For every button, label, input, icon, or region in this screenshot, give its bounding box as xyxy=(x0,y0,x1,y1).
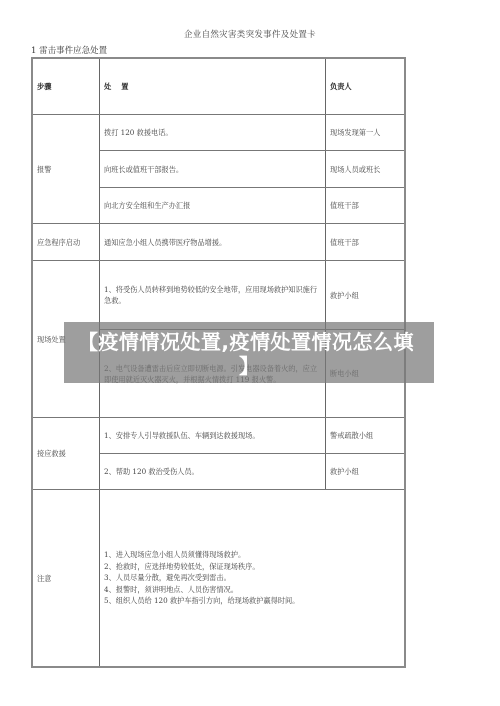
title-overlay-banner: 【疫情情况处置,疫情处置情况怎么填 】 xyxy=(64,322,434,383)
action-cell: 通知应急小组人员携带医疗物品增援。 xyxy=(100,224,325,260)
notes-list: 1、进入现场应急小组人员须懂得现场救护。 2、抢救时，应选择地势较低处，保证现场… xyxy=(104,549,299,607)
owner-cell: 值班干部 xyxy=(326,224,404,260)
note-item: 4、报警时，须讲明地点、人员伤害情况。 xyxy=(104,584,299,596)
overlay-title-line1: 【疫情情况处置,疫情处置情况怎么填 xyxy=(64,326,434,355)
overlay-title-line2: 】 xyxy=(64,355,434,377)
action-cell: 1、安排专人引导救援队伍、车辆到达救援现场。 xyxy=(100,418,325,453)
action-cell: 向北方安全组和生产办汇报 xyxy=(100,188,325,223)
owner-cell: 现场发现第一人 xyxy=(326,115,404,150)
action-cell: 1、将受伤人员转移到地势较低的安全地带，应用现场救护知识施行急救。 xyxy=(100,261,325,329)
action-cell: 2、帮助 120 救治受伤人员。 xyxy=(100,454,325,489)
owner-cell: 现场人员或班长 xyxy=(326,151,404,187)
notes-cell: 1、进入现场应急小组人员须懂得现场救护。 2、抢救时，应选择地势较低处，保证现场… xyxy=(100,490,404,666)
owner-cell: 警戒疏散小组 xyxy=(326,418,404,453)
note-item: 5、组织人员给 120 救护车指引方向，给现场救护赢得时间。 xyxy=(104,595,299,607)
owner-cell: 救护小组 xyxy=(326,261,404,329)
owner-cell: 值班干部 xyxy=(326,188,404,223)
header-owner: 负责人 xyxy=(326,59,404,114)
owner-cell: 救护小组 xyxy=(326,454,404,489)
document-title: 企业自然灾害类突发事件及处置卡 xyxy=(0,28,500,40)
step-alarm: 报警 xyxy=(33,115,99,223)
note-item: 1、进入现场应急小组人员须懂得现场救护。 xyxy=(104,549,299,561)
section-title: 1 雷击事件应急处置 xyxy=(31,44,107,56)
note-item: 3、人员尽量分散，避免再次受到雷击。 xyxy=(104,572,299,584)
step-notes: 注意 xyxy=(33,490,99,666)
header-action: 处 置 xyxy=(100,59,325,114)
action-cell: 向班长或值班干部报告。 xyxy=(100,151,325,187)
note-item: 2、抢救时，应选择地势较低处，保证现场秩序。 xyxy=(104,561,299,573)
step-support: 接应救援 xyxy=(33,418,99,489)
action-cell: 拨打 120 救援电话。 xyxy=(100,115,325,150)
header-step: 步骤 xyxy=(33,59,99,114)
step-emergency-start: 应急程序启动 xyxy=(33,224,99,260)
